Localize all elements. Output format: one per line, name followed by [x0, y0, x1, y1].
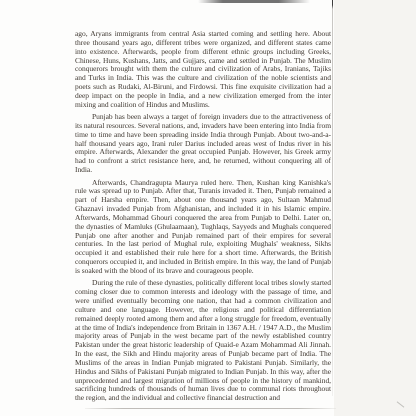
- page-bottom-shadow-line: [85, 408, 336, 409]
- page-edge-line: [332, 0, 333, 396]
- scanned-book-page: ago, Aryans immigrants from central Asia…: [0, 0, 416, 416]
- page-text-block: ago, Aryans immigrants from central Asia…: [75, 30, 331, 407]
- paragraph-continuation: ago, Aryans immigrants from central Asia…: [75, 30, 331, 110]
- paragraph-dynasties: Afterwards, Chandragupta Maurya ruled he…: [75, 179, 331, 276]
- paragraph-foreign-invaders: Punjab has been always a target of forei…: [75, 113, 331, 175]
- scan-gutter-right: [334, 0, 416, 416]
- scan-artifact-top-line: [198, 0, 310, 3]
- paragraph-partition: During the rule of these dynasties, poli…: [75, 279, 331, 403]
